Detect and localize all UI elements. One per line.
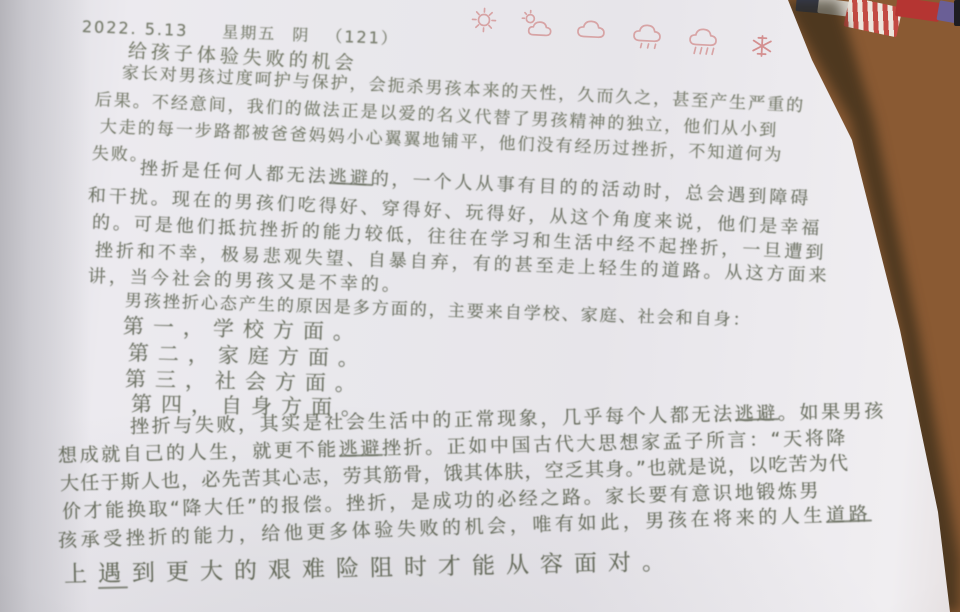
weekday: 星期五 [222, 22, 277, 43]
entry-number: （121） [326, 26, 399, 48]
underline-mark [98, 586, 128, 589]
handwriting-layer: 2022. 5.13星期五阴（121） 给孩子体验失败的机会 家长对男孩过度呵护… [0, 0, 960, 612]
handwritten-line: 上遇到更大的艰难险阻时才能从容面对。 [64, 543, 677, 589]
weather-word: 阴 [292, 25, 311, 45]
photo-of-diary-page: 2022. 5.13星期五阴（121） 给孩子体验失败的机会 家长对男孩过度呵护… [0, 0, 960, 612]
